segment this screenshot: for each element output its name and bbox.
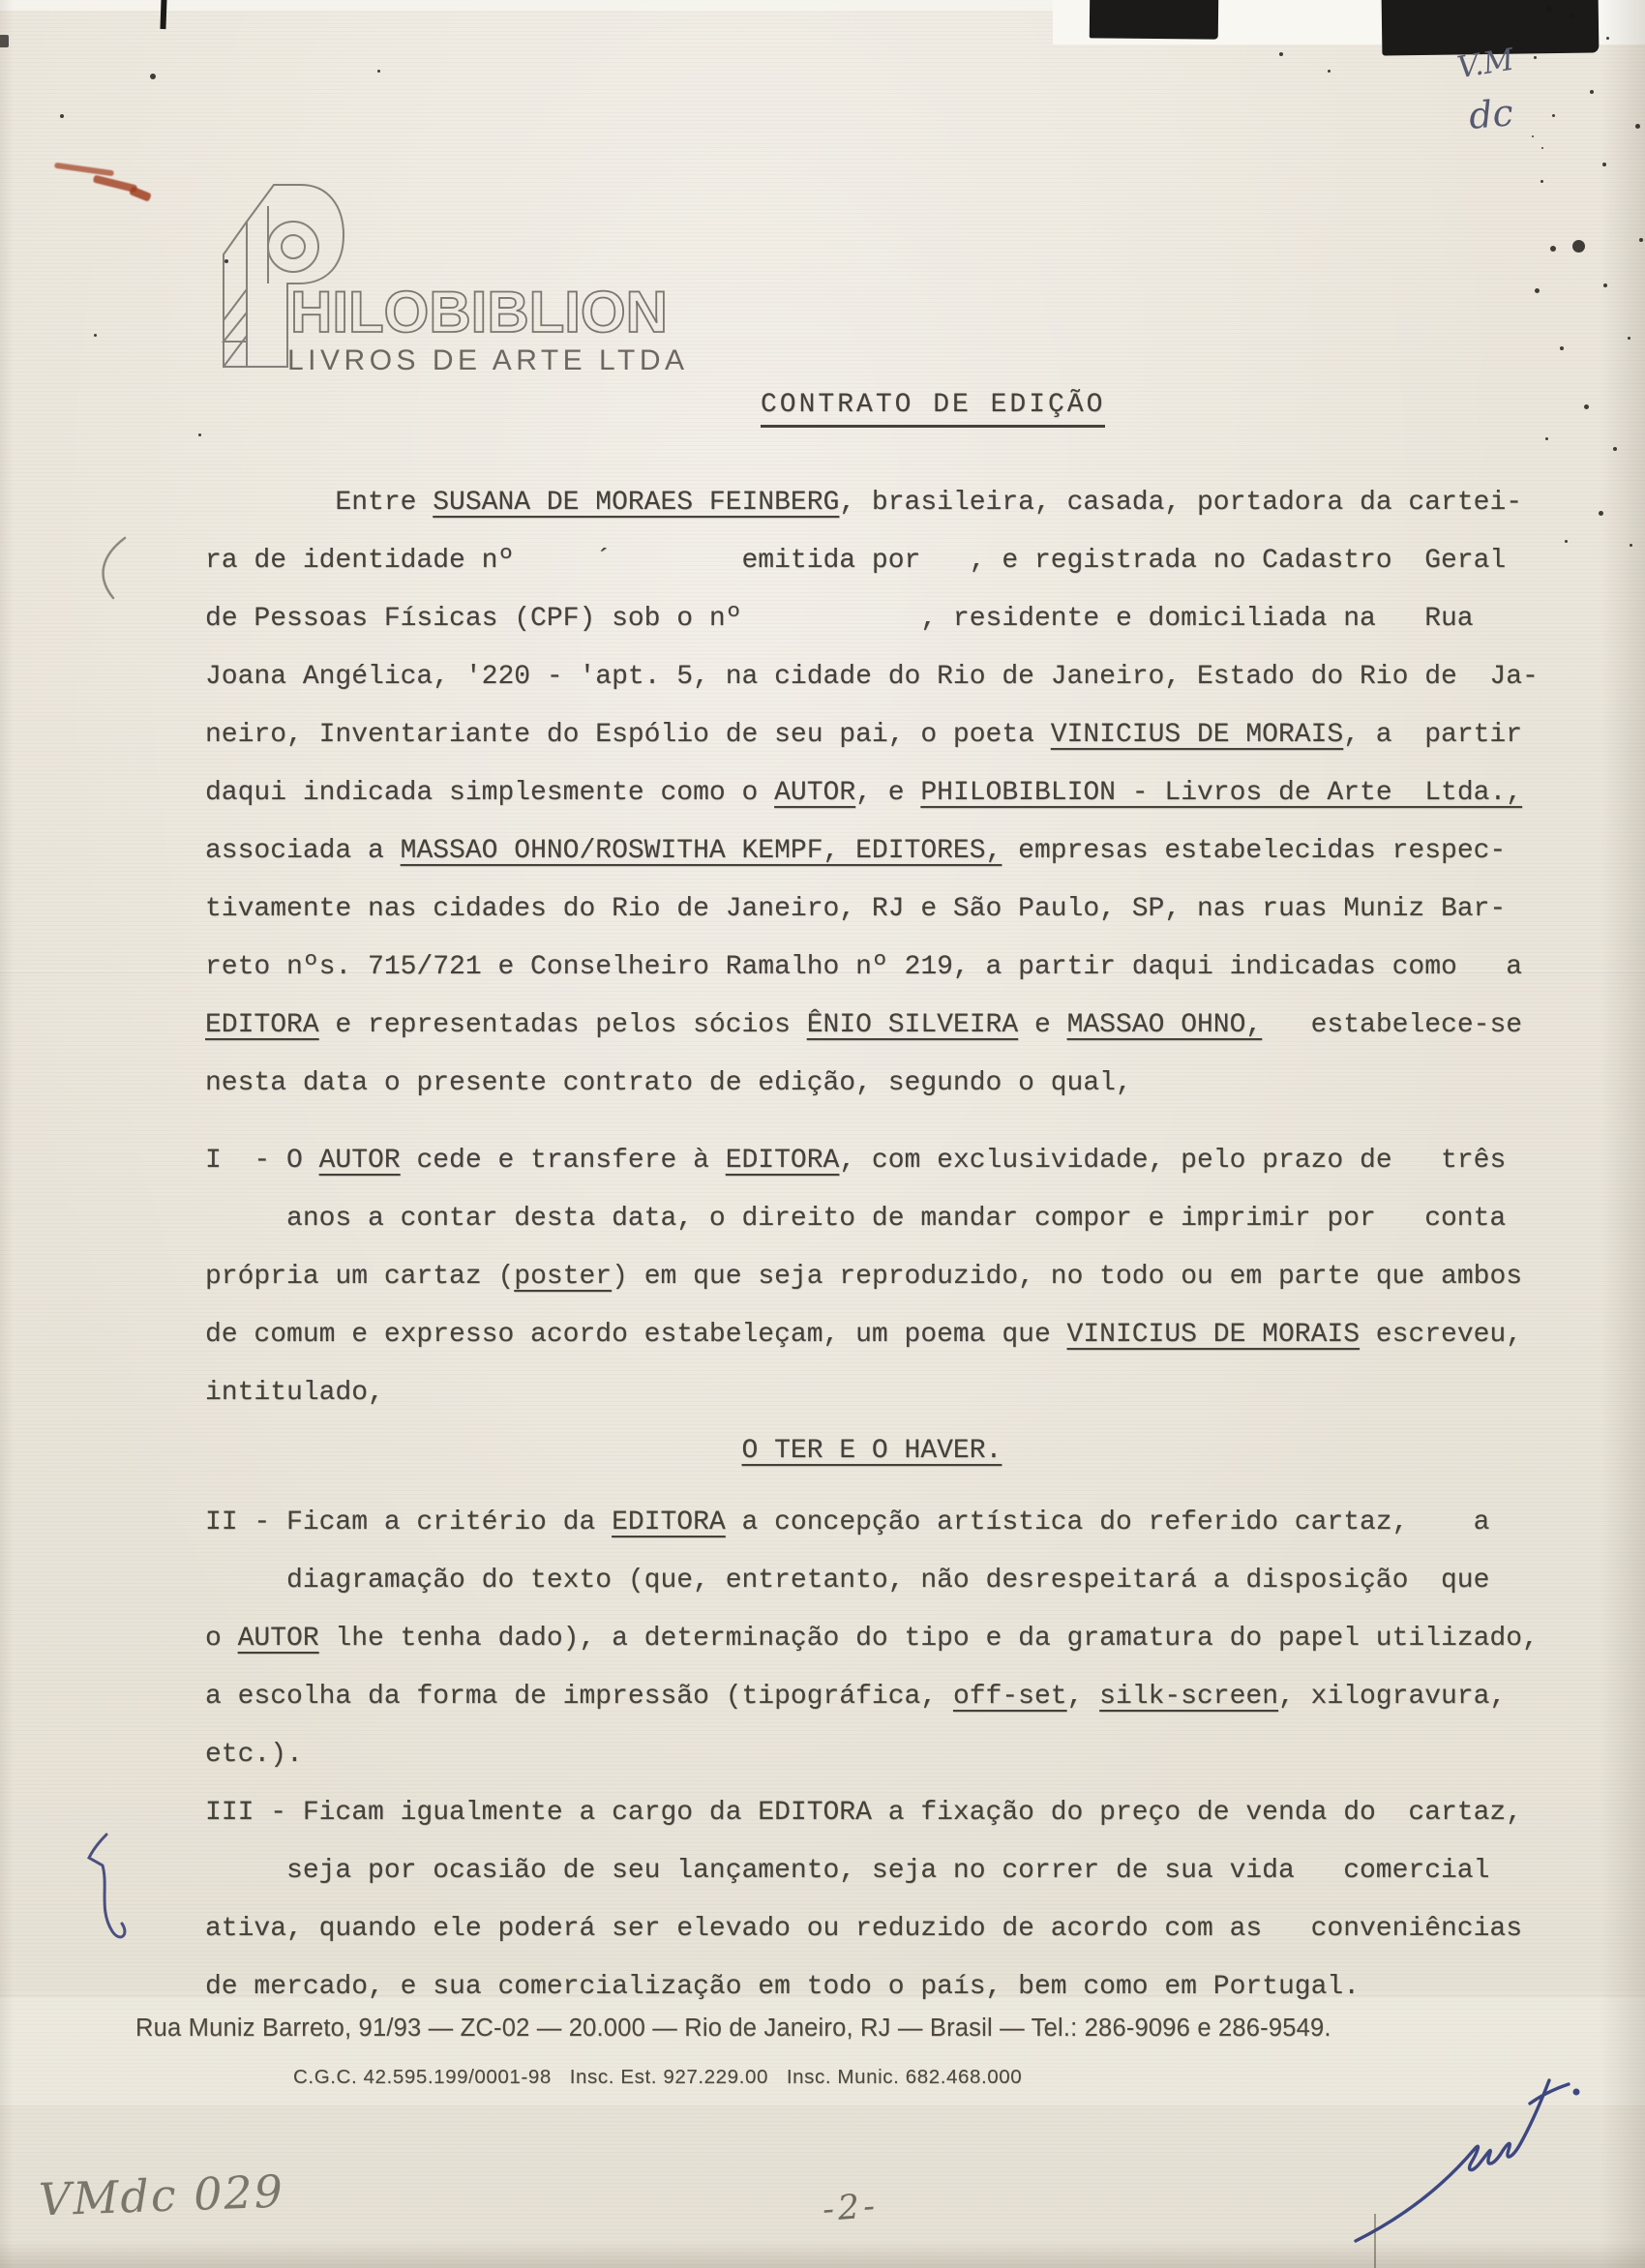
margin-pencil-arc-icon [82, 530, 140, 608]
document-line: O TER E O HAVER. [205, 1422, 1539, 1480]
ink-speckle [1630, 544, 1632, 547]
document-line: de Pessoas Físicas (CPF) sob o nº , resi… [205, 590, 1539, 648]
ink-speckle [1606, 37, 1609, 40]
document-line: ativa, quando ele poderá ser elevado ou … [205, 1900, 1539, 1958]
ink-speckle [1613, 447, 1617, 451]
annotation-top-right-letters: dc [1467, 91, 1514, 137]
document-line: III - Ficam igualmente a cargo da EDITOR… [205, 1784, 1539, 1842]
document-line: Entre SUSANA DE MORAES FEINBERG, brasile… [205, 474, 1539, 532]
document-line: seja por ocasião de seu lançamento, seja… [205, 1842, 1539, 1900]
scanner-mark [1090, 0, 1218, 40]
document-line: diagramação do texto (que, entretanto, n… [205, 1552, 1539, 1610]
document-line: tivamente nas cidades do Rio de Janeiro,… [205, 880, 1539, 939]
document-line: intitulado, [205, 1364, 1539, 1422]
ink-speckle [150, 74, 156, 79]
document-line: Joana Angélica, '220 - 'apt. 5, na cidad… [205, 648, 1539, 706]
document-body: Entre SUSANA DE MORAES FEINBERG, brasile… [205, 474, 1539, 2016]
philobiblion-logo: HILOBIBLION LIVROS DE ARTE LTDA [198, 177, 721, 385]
ink-speckle [1279, 52, 1283, 56]
ink-speckle [1540, 180, 1543, 183]
document-line: EDITORA e representadas pelos sócios ÊNI… [205, 997, 1539, 1055]
ink-speckle [1602, 163, 1606, 166]
ink-speckle [1570, 14, 1573, 17]
page-edge-shadow [1600, 0, 1645, 2268]
document-line: daqui indicada simplesmente como o AUTOR… [205, 764, 1539, 822]
ink-speckle [1639, 238, 1643, 242]
document-line: I - O AUTOR cede e transfere à EDITORA, … [205, 1132, 1539, 1190]
ink-speckle [60, 114, 64, 118]
document-line: associada a MASSAO OHNO/ROSWITHA KEMPF, … [205, 822, 1539, 880]
document-line: reto nºs. 715/721 e Conselheiro Ramalho … [205, 939, 1539, 997]
ink-speckle [1590, 90, 1594, 94]
document-line: neiro, Inventariante do Espólio de seu p… [205, 706, 1539, 764]
margin-squiggle-icon [56, 1825, 153, 1960]
ink-speckle [1532, 135, 1534, 137]
inventory-code: VMdc 029 [38, 2165, 285, 2226]
ink-speckle [198, 433, 201, 436]
ink-speckle [1545, 437, 1548, 440]
ink-speckle [1546, 6, 1552, 12]
logo-subtitle: LIVROS DE ARTE LTDA [287, 344, 689, 376]
ink-speckle [1584, 404, 1589, 409]
ink-speckle [1552, 114, 1555, 117]
ink-speckle [1572, 240, 1585, 253]
ink-speckle [1603, 283, 1607, 287]
ink-speckle [377, 70, 380, 73]
scanned-contract-page: HILOBIBLION LIVROS DE ARTE LTDA P CONTRA… [0, 0, 1645, 2268]
ink-speckle [1535, 288, 1540, 293]
document-line: II - Ficam a critério da EDITORA a conce… [205, 1494, 1539, 1552]
document-line: de comum e expresso acordo estabeleçam, … [205, 1306, 1539, 1364]
page-number: -2- [822, 2187, 881, 2229]
ink-speckle [1628, 337, 1630, 340]
document-line: ra de identidade nº ´ emitida por , e re… [205, 532, 1539, 590]
paper-crease [1374, 2214, 1376, 2268]
document-line: anos a contar desta data, o direito de m… [205, 1190, 1539, 1248]
annotation-top-right-initials: V.M [1455, 43, 1516, 86]
ink-speckle [1328, 70, 1331, 73]
document-line: a escolha da forma de impressão (tipográ… [205, 1668, 1539, 1726]
ink-speckle [224, 259, 228, 263]
document-line: etc.). [205, 1726, 1539, 1784]
ink-speckle [1565, 540, 1568, 543]
signature-icon [1340, 2044, 1611, 2266]
ink-speckle [1635, 124, 1640, 129]
ink-speckle [1541, 147, 1543, 149]
document-line: de mercado, e sua comercialização em tod… [205, 1958, 1539, 2016]
document-title: CONTRATO DE EDIÇÃO [761, 390, 1105, 428]
ink-speckle [1560, 346, 1564, 350]
document-line: própria um cartaz (poster) em que seja r… [205, 1248, 1539, 1306]
footer-registration: C.G.C. 42.595.199/0001-98 Insc. Est. 927… [293, 2066, 1022, 2089]
document-line: o AUTOR lhe tenha dado), a determinação … [205, 1610, 1539, 1668]
scanner-mark [160, 0, 166, 29]
ink-speckle [1599, 511, 1603, 516]
ink-speckle [1550, 246, 1556, 252]
ink-speckle [94, 334, 97, 337]
footer-address: Rua Muniz Barreto, 91/93 — ZC-02 — 20.00… [135, 2014, 1331, 2043]
page-edge-shadow [0, 0, 14, 2268]
document-line: nesta data o presente contrato de edição… [205, 1055, 1539, 1113]
ink-speckle [1534, 56, 1537, 59]
logo-name: HILOBIBLION [290, 280, 668, 344]
